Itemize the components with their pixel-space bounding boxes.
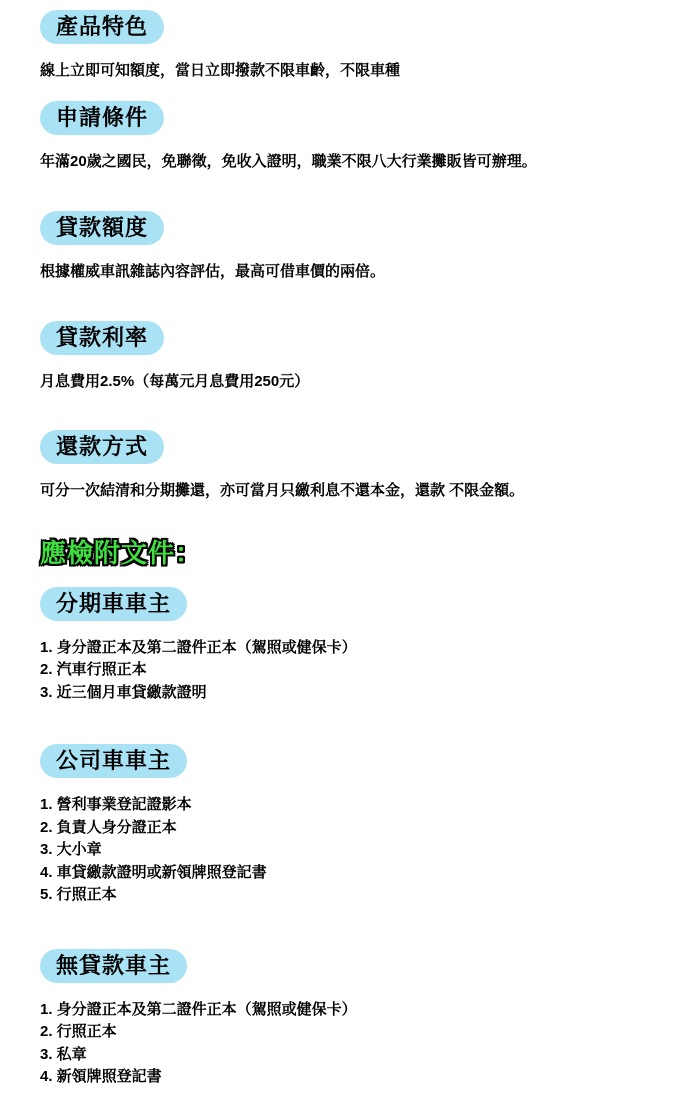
section-loan-amount: 貸款額度 根據權威車訊雜誌內容評估，最高可借車價的兩倍。 (40, 211, 667, 283)
section-title-loan-amount: 貸款額度 (40, 211, 164, 245)
section-title-repayment-method: 還款方式 (40, 430, 164, 464)
doc-list-item: 1. 營利事業登記證影本 (40, 794, 667, 817)
doc-list-item: 1. 身分證正本及第二證件正本（駕照或健保卡） (40, 637, 667, 660)
doc-group-title-installment-owner: 分期車車主 (40, 587, 187, 621)
section-product-features: 產品特色 線上立即可知額度，當日立即撥款不限車齡，不限車種 (40, 10, 667, 82)
doc-list-item: 5. 行照正本 (40, 884, 667, 907)
section-body-repayment-method: 可分一次結清和分期攤還，亦可當月只繳利息不還本金，還款 不限金額。 (40, 480, 667, 502)
doc-group-no-loan-owner: 無貸款車主 1. 身分證正本及第二證件正本（駕照或健保卡） 2. 行照正本 3.… (40, 949, 667, 1089)
doc-list-item: 2. 汽車行照正本 (40, 659, 667, 682)
doc-list-item: 4. 新領牌照登記書 (40, 1066, 667, 1089)
doc-list-company-car-owner: 1. 營利事業登記證影本 2. 負責人身分證正本 3. 大小章 4. 車貸繳款證… (40, 794, 667, 907)
doc-list-item: 3. 近三個月車貸繳款證明 (40, 682, 667, 705)
doc-list-item: 3. 大小章 (40, 839, 667, 862)
section-title-product-features: 產品特色 (40, 10, 164, 44)
loan-info-page: 產品特色 線上立即可知額度，當日立即撥款不限車齡，不限車種 申請條件 年滿20歲… (0, 0, 697, 1119)
section-title-application-conditions: 申請條件 (40, 101, 164, 135)
section-title-loan-interest-rate: 貸款利率 (40, 321, 164, 355)
doc-list-item: 2. 行照正本 (40, 1021, 667, 1044)
doc-group-company-car-owner: 公司車車主 1. 營利事業登記證影本 2. 負責人身分證正本 3. 大小章 4.… (40, 744, 667, 907)
doc-group-title-company-car-owner: 公司車車主 (40, 744, 187, 778)
doc-list-item: 3. 私章 (40, 1044, 667, 1067)
section-body-loan-amount: 根據權威車訊雜誌內容評估，最高可借車價的兩倍。 (40, 261, 667, 283)
section-loan-interest-rate: 貸款利率 月息費用2.5%（每萬元月息費用250元） (40, 321, 667, 393)
section-application-conditions: 申請條件 年滿20歲之國民，免聯徵，免收入證明，職業不限八大行業攤販皆可辦理。 (40, 101, 667, 173)
section-body-application-conditions: 年滿20歲之國民，免聯徵，免收入證明，職業不限八大行業攤販皆可辦理。 (40, 151, 667, 173)
doc-list-item: 1. 身分證正本及第二證件正本（駕照或健保卡） (40, 999, 667, 1022)
doc-list-item: 2. 負責人身分證正本 (40, 817, 667, 840)
doc-list-item: 4. 車貸繳款證明或新領牌照登記書 (40, 862, 667, 885)
section-repayment-method: 還款方式 可分一次結清和分期攤還，亦可當月只繳利息不還本金，還款 不限金額。 (40, 430, 667, 502)
doc-group-title-no-loan-owner: 無貸款車主 (40, 949, 187, 983)
required-documents-heading: 應檢附文件： (40, 533, 667, 570)
doc-list-installment-owner: 1. 身分證正本及第二證件正本（駕照或健保卡） 2. 汽車行照正本 3. 近三個… (40, 637, 667, 705)
doc-list-no-loan-owner: 1. 身分證正本及第二證件正本（駕照或健保卡） 2. 行照正本 3. 私章 4.… (40, 999, 667, 1089)
section-body-loan-interest-rate: 月息費用2.5%（每萬元月息費用250元） (40, 371, 667, 393)
doc-group-installment-owner: 分期車車主 1. 身分證正本及第二證件正本（駕照或健保卡） 2. 汽車行照正本 … (40, 587, 667, 705)
section-body-product-features: 線上立即可知額度，當日立即撥款不限車齡，不限車種 (40, 60, 667, 82)
